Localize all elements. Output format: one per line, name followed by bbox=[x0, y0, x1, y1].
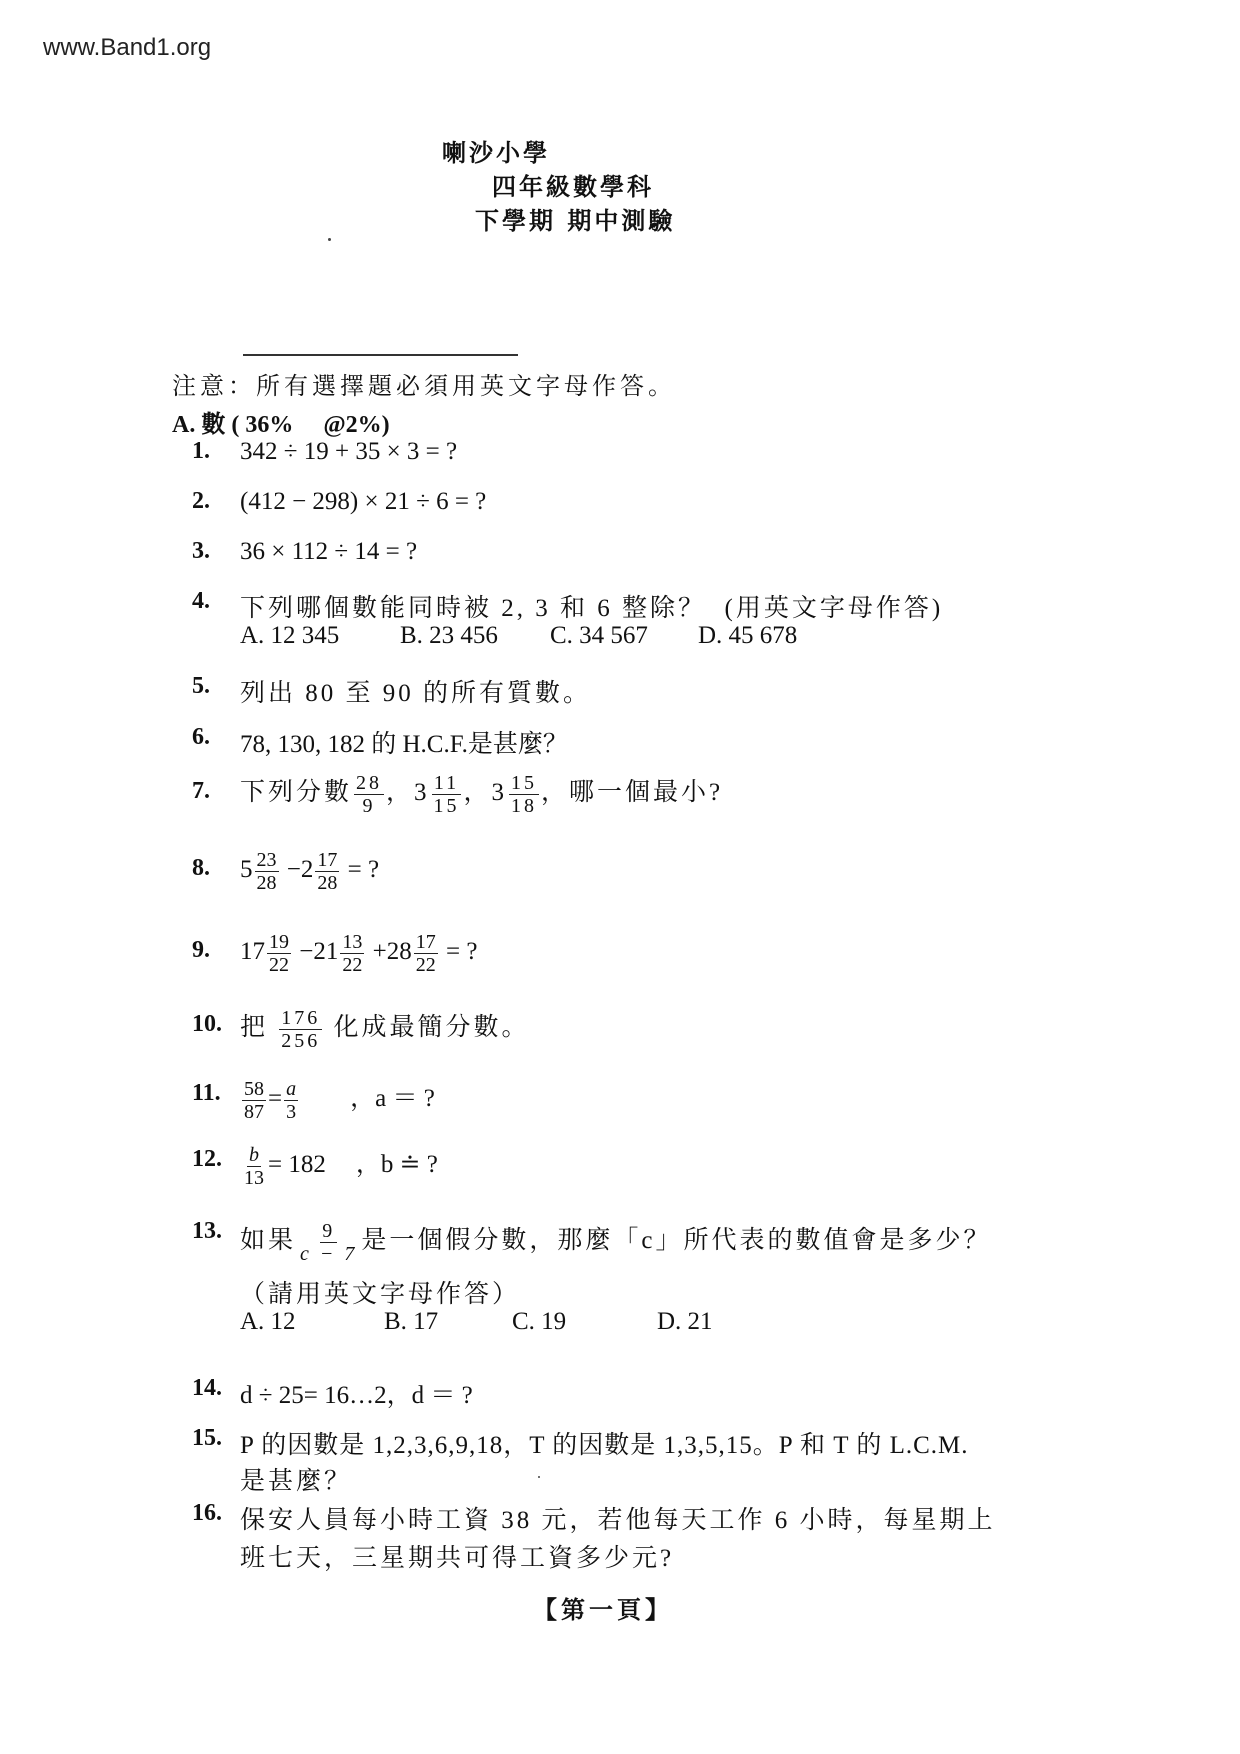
equals-sign: = bbox=[268, 1085, 282, 1112]
school-name: 喇沙小學 bbox=[442, 133, 550, 168]
question-text: 列出 80 至 90 的所有質數。 bbox=[240, 673, 591, 709]
question-suffix: 化成最簡分數。 bbox=[334, 1014, 530, 1041]
question-suffix: ，b ≐ ? bbox=[356, 1151, 438, 1178]
question-text-line2: 班七天，三星期共可得工資多少元? bbox=[240, 1538, 674, 1574]
question-stem: 下列哪個數能同時被 2, 3 和 6 整除？ bbox=[240, 595, 706, 622]
denominator: 28 bbox=[315, 872, 339, 894]
fraction: 1322 bbox=[340, 931, 364, 976]
numerator: 11 bbox=[432, 772, 461, 795]
question-number: 8. bbox=[192, 855, 210, 882]
fraction: 1518 bbox=[509, 772, 539, 817]
equals-question: = ? bbox=[446, 938, 477, 965]
operator-term: −21 bbox=[299, 938, 338, 965]
question-text: 把 176256 化成最簡分數。 bbox=[240, 1007, 530, 1052]
question-prefix: 如果 bbox=[240, 1227, 296, 1254]
question-text: 下列哪個數能同時被 2, 3 和 6 整除？ (用英文字母作答) bbox=[240, 588, 943, 624]
denominator: 13 bbox=[242, 1167, 266, 1189]
question-text: 52328 −21728 = ? bbox=[240, 849, 379, 894]
numerator: 15 bbox=[509, 772, 539, 795]
denominator: 22 bbox=[340, 954, 364, 976]
question-number: 16. bbox=[192, 1500, 222, 1527]
question-text: 342 ÷ 19 + 35 × 3 = ? bbox=[240, 438, 457, 466]
options-list: A. 12B. 17C. 19D. 21 bbox=[240, 1308, 713, 1336]
denominator: 15 bbox=[432, 795, 462, 817]
whole-number: 5 bbox=[240, 856, 253, 883]
website-watermark: www.Band1.org bbox=[43, 34, 211, 62]
question-text: 36 × 112 ÷ 14 = ? bbox=[240, 538, 417, 566]
question-text: 171922 −211322 +281722 = ? bbox=[240, 931, 477, 976]
question-text: 下列分數289，31115，31518，哪一個最小? bbox=[240, 772, 723, 817]
fraction: 1922 bbox=[267, 931, 291, 976]
option-c: C. 34 567 bbox=[550, 622, 698, 650]
denominator: 9 bbox=[361, 795, 378, 817]
fraction: 1722 bbox=[414, 931, 438, 976]
question-prefix: 下列分數 bbox=[240, 779, 352, 806]
section-weight: ( 36% bbox=[231, 412, 293, 438]
numerator: 13 bbox=[340, 931, 364, 954]
section-per-question: @2%) bbox=[323, 412, 389, 438]
question-text: 78, 130, 182 的 H.C.F.是甚麼？ bbox=[240, 724, 568, 760]
separator: ，3 bbox=[386, 779, 430, 806]
answer-format-hint: （請用英文字母作答） bbox=[240, 1274, 520, 1310]
denominator: 256 bbox=[279, 1030, 322, 1052]
denominator: 22 bbox=[414, 954, 438, 976]
numerator: 9 bbox=[320, 1220, 337, 1243]
option-b: B. 17 bbox=[384, 1308, 512, 1336]
subject-title: 四年級數學科 bbox=[492, 167, 654, 202]
denominator: 3 bbox=[284, 1101, 298, 1123]
fraction: 1728 bbox=[315, 849, 339, 894]
question-text: (412 − 298) × 21 ÷ 6 = ? bbox=[240, 488, 486, 516]
separator: ，3 bbox=[464, 779, 508, 806]
numerator: 28 bbox=[354, 772, 384, 795]
section-heading: A. 數 ( 36%@2%) bbox=[172, 404, 390, 439]
fraction: 176256 bbox=[279, 1007, 322, 1052]
numerator: a bbox=[284, 1078, 298, 1101]
question-number: 3. bbox=[192, 538, 210, 565]
question-text: d ÷ 25= 16…2，d ＝ ? bbox=[240, 1375, 473, 1411]
option-c: C. 19 bbox=[512, 1308, 657, 1336]
denominator: 28 bbox=[255, 872, 279, 894]
question-suffix: ，哪一個最小? bbox=[541, 779, 723, 806]
exam-title: 下學期 期中測驗 bbox=[475, 201, 675, 236]
fraction: a3 bbox=[284, 1078, 298, 1123]
option-a: A. 12 bbox=[240, 1308, 384, 1336]
fraction: 9c − 7 bbox=[298, 1220, 359, 1265]
option-a: A. 12 345 bbox=[240, 622, 400, 650]
equals-value: = 182 bbox=[268, 1151, 326, 1178]
section-label: A. 數 bbox=[172, 412, 225, 438]
fraction: 5887 bbox=[242, 1078, 266, 1123]
question-number: 5. bbox=[192, 673, 210, 700]
denominator: 18 bbox=[509, 795, 539, 817]
question-text: 保安人員每小時工資 38 元，若他每天工作 6 小時，每星期上 bbox=[240, 1500, 996, 1536]
question-number: 2. bbox=[192, 488, 210, 515]
numerator: 17 bbox=[414, 931, 438, 954]
denominator: 22 bbox=[267, 954, 291, 976]
equals-question: = ? bbox=[348, 856, 379, 883]
question-text: 5887=a3，a ＝ ? bbox=[240, 1078, 435, 1123]
question-number: 1. bbox=[192, 438, 210, 465]
question-number: 10. bbox=[192, 1011, 222, 1038]
option-d: D. 45 678 bbox=[698, 622, 797, 650]
option-d: D. 21 bbox=[657, 1308, 713, 1336]
scan-speck bbox=[328, 238, 331, 241]
page-number: 【第一頁】 bbox=[533, 1590, 673, 1625]
instructions-note: 注意：所有選擇題必須用英文字母作答。 bbox=[172, 366, 676, 401]
question-number: 14. bbox=[192, 1375, 222, 1402]
question-number: 7. bbox=[192, 778, 210, 805]
fraction: b13 bbox=[242, 1144, 266, 1189]
question-text: P 的因數是 1,2,3,6,9,18，T 的因數是 1,3,5,15。P 和 … bbox=[240, 1425, 969, 1461]
question-suffix: ，a ＝ ? bbox=[350, 1085, 435, 1112]
numerator: 58 bbox=[242, 1078, 266, 1101]
fraction: 289 bbox=[354, 772, 384, 817]
question-text: b13= 182，b ≐ ? bbox=[240, 1144, 438, 1189]
question-number: 15. bbox=[192, 1425, 222, 1452]
question-number: 11. bbox=[192, 1080, 221, 1107]
question-number: 13. bbox=[192, 1218, 222, 1245]
question-suffix: 是一個假分數，那麼「c」所代表的數值會是多少？ bbox=[361, 1227, 991, 1254]
denominator: c − 7 bbox=[298, 1243, 359, 1265]
question-prefix: 把 bbox=[240, 1014, 268, 1041]
option-b: B. 23 456 bbox=[400, 622, 550, 650]
numerator: b bbox=[247, 1144, 261, 1167]
question-text-line2: 是甚麼？ bbox=[240, 1461, 352, 1497]
numerator: 23 bbox=[255, 849, 279, 872]
operator-term: +28 bbox=[373, 938, 412, 965]
question-text: 如果9c − 7是一個假分數，那麼「c」所代表的數值會是多少？ bbox=[240, 1220, 992, 1265]
operator-term: −2 bbox=[287, 856, 314, 883]
fraction: 2328 bbox=[255, 849, 279, 894]
numerator: 19 bbox=[267, 931, 291, 954]
options-list: A. 12 345B. 23 456C. 34 567D. 45 678 bbox=[240, 622, 797, 650]
whole-number: 17 bbox=[240, 938, 265, 965]
numerator: 17 bbox=[315, 849, 339, 872]
denominator: 87 bbox=[242, 1101, 266, 1123]
fraction: 1115 bbox=[432, 772, 462, 817]
question-number: 9. bbox=[192, 937, 210, 964]
question-number: 12. bbox=[192, 1146, 222, 1173]
numerator: 176 bbox=[279, 1007, 322, 1030]
separator-line bbox=[243, 354, 518, 356]
answer-format-hint: (用英文字母作答) bbox=[725, 595, 944, 622]
question-number: 4. bbox=[192, 588, 210, 615]
question-number: 6. bbox=[192, 724, 210, 751]
scan-speck bbox=[538, 1476, 540, 1478]
